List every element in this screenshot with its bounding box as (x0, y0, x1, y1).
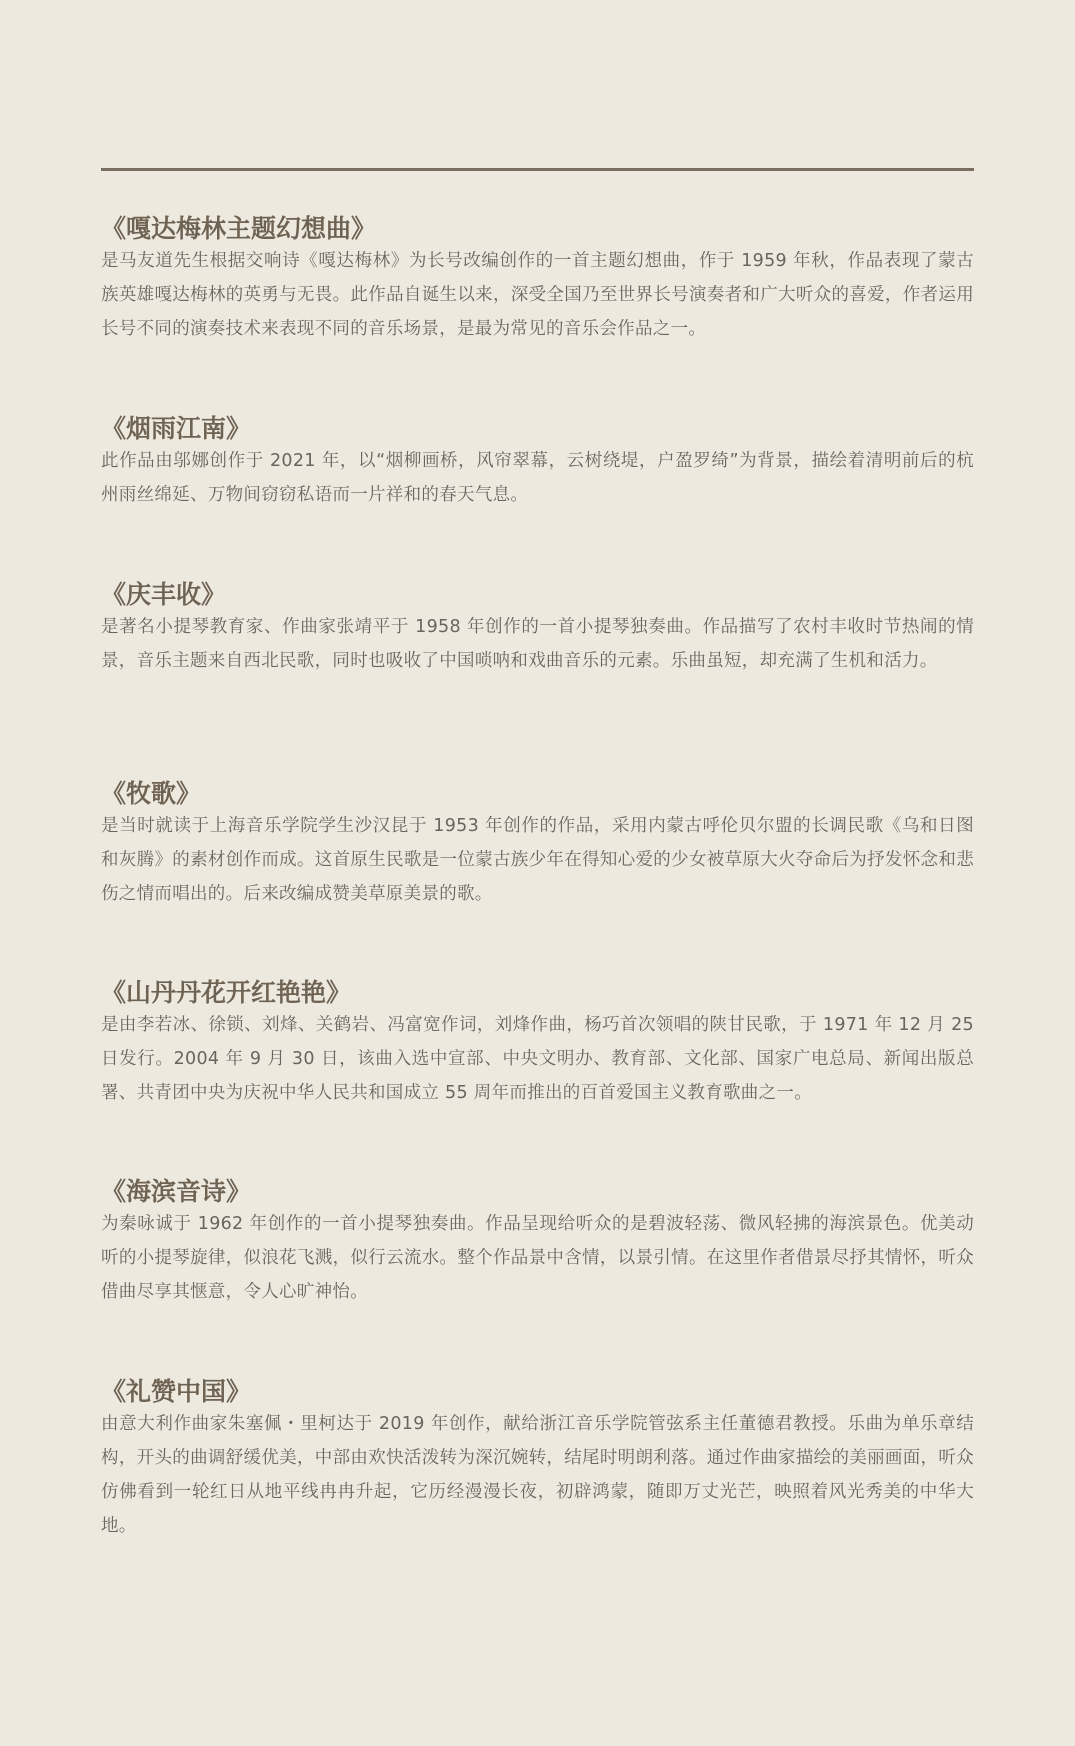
program-item-description: 是著名小提琴教育家、作曲家张靖平于 1958 年创作的一首小提琴独奏曲。作品描写… (101, 610, 974, 678)
program-item-3: 《庆丰收》 是著名小提琴教育家、作曲家张靖平于 1958 年创作的一首小提琴独奏… (101, 580, 974, 678)
program-item-title: 《牧歌》 (101, 779, 974, 809)
program-item-description: 为秦咏诚于 1962 年创作的一首小提琴独奏曲。作品呈现给听众的是碧波轻荡、微风… (101, 1207, 974, 1309)
program-item-description: 此作品由邬娜创作于 2021 年，以“烟柳画桥，风帘翠幕，云树绕堤，户盈罗绮”为… (101, 444, 974, 512)
program-item-4: 《牧歌》 是当时就读于上海音乐学院学生沙汉昆于 1953 年创作的作品，采用内蒙… (101, 779, 974, 911)
program-item-1: 《嘎达梅林主题幻想曲》 是马友道先生根据交响诗《嘎达梅林》为长号改编创作的一首主… (101, 214, 974, 346)
program-item-title: 《海滨音诗》 (101, 1177, 974, 1207)
program-item-2: 《烟雨江南》 此作品由邬娜创作于 2021 年，以“烟柳画桥，风帘翠幕，云树绕堤… (101, 414, 974, 512)
program-item-description: 由意大利作曲家朱塞佩・里柯达于 2019 年创作，献给浙江音乐学院管弦系主任董德… (101, 1407, 974, 1543)
program-item-description: 是当时就读于上海音乐学院学生沙汉昆于 1953 年创作的作品，采用内蒙古呼伦贝尔… (101, 809, 974, 911)
top-divider-rule (101, 168, 974, 171)
program-item-6: 《海滨音诗》 为秦咏诚于 1962 年创作的一首小提琴独奏曲。作品呈现给听众的是… (101, 1177, 974, 1309)
program-item-title: 《烟雨江南》 (101, 414, 974, 444)
program-item-title: 《礼赞中国》 (101, 1377, 974, 1407)
program-item-7: 《礼赞中国》 由意大利作曲家朱塞佩・里柯达于 2019 年创作，献给浙江音乐学院… (101, 1377, 974, 1543)
program-item-description: 是马友道先生根据交响诗《嘎达梅林》为长号改编创作的一首主题幻想曲，作于 1959… (101, 244, 974, 346)
program-item-5: 《山丹丹花开红艳艳》 是由李若冰、徐锁、刘烽、关鹤岩、冯富宽作词，刘烽作曲，杨巧… (101, 978, 974, 1110)
program-item-title: 《嘎达梅林主题幻想曲》 (101, 214, 974, 244)
program-item-title: 《庆丰收》 (101, 580, 974, 610)
program-item-title: 《山丹丹花开红艳艳》 (101, 978, 974, 1008)
program-item-description: 是由李若冰、徐锁、刘烽、关鹤岩、冯富宽作词，刘烽作曲，杨巧首次领唱的陕甘民歌，于… (101, 1008, 974, 1110)
